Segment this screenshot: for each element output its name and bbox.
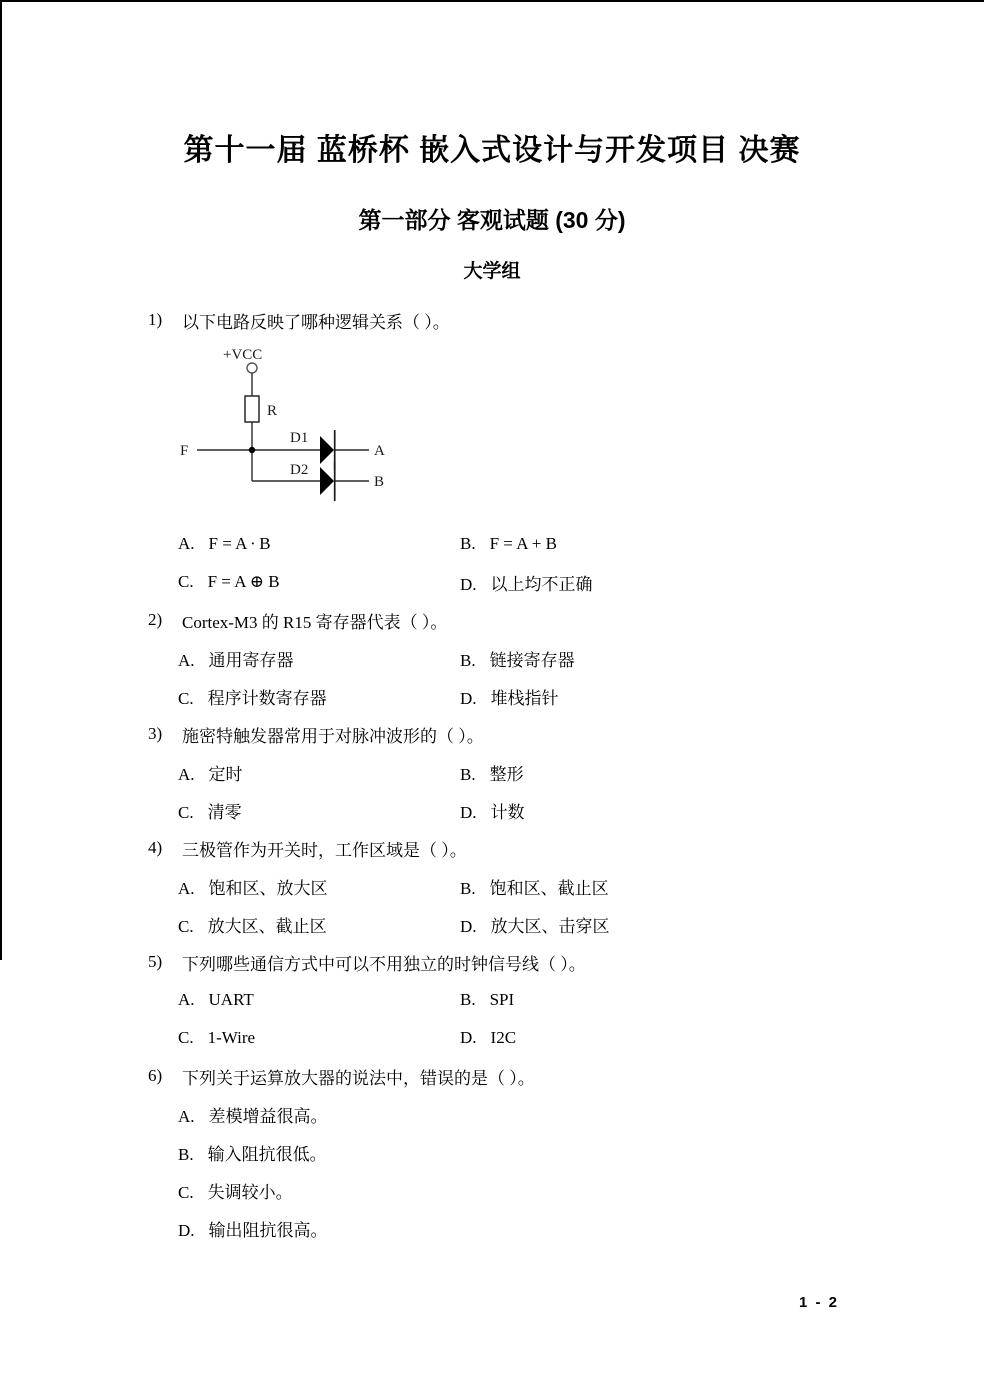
question-5: 5) 下列哪些通信方式中可以不用独立的时钟信号线（ ）。	[0, 943, 984, 981]
question-3-options-row-2: C. 清零 D. 计数	[0, 791, 984, 829]
option-c: C. 1-Wire	[178, 1028, 460, 1048]
question-number: 3)	[148, 724, 182, 744]
option-text: 饱和区、截止区	[490, 874, 609, 899]
option-text: 1-Wire	[208, 1028, 255, 1048]
option-text: 整形	[490, 760, 524, 785]
option-text: 堆栈指针	[491, 684, 559, 709]
option-b: B. 整形	[460, 760, 984, 785]
option-a: A. 差模增益很高。	[178, 1102, 984, 1127]
option-a: A. 定时	[178, 760, 460, 785]
question-2: 2) Cortex-M3 的 R15 寄存器代表（ ）。	[0, 601, 984, 639]
option-text: 差模增益很高。	[209, 1102, 328, 1127]
option-b: B. F = A + B	[460, 534, 984, 554]
option-label: A.	[178, 990, 195, 1010]
option-label: B.	[460, 879, 476, 899]
option-text: 清零	[208, 798, 242, 823]
option-text: F = A ⊕ B	[208, 572, 280, 592]
option-text: 计数	[491, 798, 525, 823]
option-label: C.	[178, 1183, 194, 1203]
question-2-options-row-1: A. 通用寄存器 B. 链接寄存器	[0, 639, 984, 677]
option-label: D.	[460, 689, 477, 709]
question-6-option-c-row: C. 失调较小。	[0, 1171, 984, 1209]
option-text: 以上均不正确	[491, 570, 593, 595]
vcc-terminal: +VCC	[223, 347, 262, 373]
question-6-option-d-row: D. 输出阻抗很高。	[0, 1209, 984, 1247]
option-label: D.	[460, 803, 477, 823]
question-6-option-a-row: A. 差模增益很高。	[0, 1095, 984, 1133]
option-a: A. F = A ∙ B	[178, 534, 460, 554]
option-text: 程序计数寄存器	[208, 684, 327, 709]
option-text: 定时	[209, 760, 243, 785]
input-f-label: F	[180, 443, 188, 459]
option-text: 失调较小。	[208, 1178, 293, 1203]
option-text: 输出阻抗很高。	[209, 1216, 328, 1241]
question-1-figure: +VCC R F D	[0, 339, 984, 525]
scan-border-top	[0, 0, 984, 2]
question-text: 下列关于运算放大器的说法中，错误的是（ ）。	[182, 1064, 535, 1089]
option-text: SPI	[490, 990, 515, 1010]
option-text: I2C	[491, 1028, 517, 1048]
question-1-options-row-1: A. F = A ∙ B B. F = A + B	[0, 525, 984, 563]
question-number: 1)	[148, 310, 182, 330]
option-label: B.	[460, 651, 476, 671]
option-label: D.	[460, 917, 477, 937]
question-text: 施密特触发器常用于对脉冲波形的（ ）。	[182, 722, 484, 747]
page-number: 1 - 2	[799, 1294, 839, 1311]
resistor-symbol: R	[245, 396, 277, 422]
option-label: D.	[460, 575, 477, 595]
question-text: 三极管作为开关时，工作区域是（ ）。	[182, 836, 467, 861]
question-number: 2)	[148, 610, 182, 630]
option-text: 放大区、截止区	[208, 912, 327, 937]
group-heading: 大学组	[0, 258, 984, 285]
option-label: D.	[460, 1028, 477, 1048]
option-d: D. 放大区、击穿区	[460, 912, 984, 937]
wires	[197, 373, 369, 481]
resistor-label: R	[267, 403, 277, 419]
section-heading: 第一部分 客观试题 (30 分)	[0, 204, 984, 236]
option-label: B.	[178, 1145, 194, 1165]
option-b: B. SPI	[460, 990, 984, 1010]
question-text: 以下电路反映了哪种逻辑关系（ ）。	[182, 308, 450, 333]
output-b-label: B	[374, 474, 384, 490]
option-b: B. 链接寄存器	[460, 646, 984, 671]
option-d: D. 堆栈指针	[460, 684, 984, 709]
option-text: F = A + B	[490, 534, 557, 554]
option-a: A. 通用寄存器	[178, 646, 460, 671]
option-c: C. 放大区、截止区	[178, 912, 460, 937]
exam-title: 第十一届 蓝桥杯 嵌入式设计与开发项目 决赛	[0, 0, 984, 172]
question-list: 1) 以下电路反映了哪种逻辑关系（ ）。 +VCC	[0, 301, 984, 1247]
option-b: B. 输入阻抗很低。	[178, 1140, 984, 1165]
question-3: 3) 施密特触发器常用于对脉冲波形的（ ）。	[0, 715, 984, 753]
option-b: B. 饱和区、截止区	[460, 874, 984, 899]
option-label: B.	[460, 534, 476, 554]
option-c: C. 失调较小。	[178, 1178, 984, 1203]
option-c: C. 清零	[178, 798, 460, 823]
exam-page: 第十一届 蓝桥杯 嵌入式设计与开发项目 决赛 第一部分 客观试题 (30 分) …	[0, 0, 984, 1398]
question-1: 1) 以下电路反映了哪种逻辑关系（ ）。	[0, 301, 984, 339]
option-label: B.	[460, 765, 476, 785]
question-5-options-row-2: C. 1-Wire D. I2C	[0, 1019, 984, 1057]
junction-node	[249, 447, 255, 453]
option-label: A.	[178, 1107, 195, 1127]
option-text: 放大区、击穿区	[491, 912, 610, 937]
option-a: A. 饱和区、放大区	[178, 874, 460, 899]
option-label: A.	[178, 765, 195, 785]
question-1-options-row-2: C. F = A ⊕ B D. 以上均不正确	[0, 563, 984, 601]
question-4-options-row-2: C. 放大区、截止区 D. 放大区、击穿区	[0, 905, 984, 943]
option-label: C.	[178, 1028, 194, 1048]
output-a-label: A	[374, 443, 385, 459]
option-label: A.	[178, 879, 195, 899]
diode-d2-label: D2	[290, 462, 308, 478]
option-label: D.	[178, 1221, 195, 1241]
question-text: Cortex-M3 的 R15 寄存器代表（ ）。	[182, 608, 447, 633]
option-d: D. 计数	[460, 798, 984, 823]
option-label: C.	[178, 803, 194, 823]
option-d: D. 以上均不正确	[460, 570, 984, 595]
question-number: 6)	[148, 1066, 182, 1086]
question-text: 下列哪些通信方式中可以不用独立的时钟信号线（ ）。	[182, 950, 586, 975]
question-6-option-b-row: B. 输入阻抗很低。	[0, 1133, 984, 1171]
option-text: 链接寄存器	[490, 646, 575, 671]
option-text: F = A ∙ B	[209, 534, 271, 554]
option-text: UART	[209, 990, 254, 1010]
option-text: 输入阻抗很低。	[208, 1140, 327, 1165]
option-text: 通用寄存器	[209, 646, 294, 671]
option-d: D. I2C	[460, 1028, 984, 1048]
question-number: 4)	[148, 838, 182, 858]
option-c: C. 程序计数寄存器	[178, 684, 460, 709]
option-label: C.	[178, 572, 194, 592]
circuit-diagram: +VCC R F D	[162, 341, 422, 511]
question-4: 4) 三极管作为开关时，工作区域是（ ）。	[0, 829, 984, 867]
option-d: D. 输出阻抗很高。	[178, 1216, 984, 1241]
question-3-options-row-1: A. 定时 B. 整形	[0, 753, 984, 791]
option-label: A.	[178, 651, 195, 671]
option-label: C.	[178, 917, 194, 937]
question-number: 5)	[148, 952, 182, 972]
option-c: C. F = A ⊕ B	[178, 572, 460, 592]
vcc-label: +VCC	[223, 347, 262, 363]
option-label: C.	[178, 689, 194, 709]
diode-d1-label: D1	[290, 430, 308, 446]
question-5-options-row-1: A. UART B. SPI	[0, 981, 984, 1019]
question-4-options-row-1: A. 饱和区、放大区 B. 饱和区、截止区	[0, 867, 984, 905]
option-label: A.	[178, 534, 195, 554]
option-label: B.	[460, 990, 476, 1010]
option-a: A. UART	[178, 990, 460, 1010]
option-text: 饱和区、放大区	[209, 874, 328, 899]
question-6: 6) 下列关于运算放大器的说法中，错误的是（ ）。	[0, 1057, 984, 1095]
question-2-options-row-2: C. 程序计数寄存器 D. 堆栈指针	[0, 677, 984, 715]
